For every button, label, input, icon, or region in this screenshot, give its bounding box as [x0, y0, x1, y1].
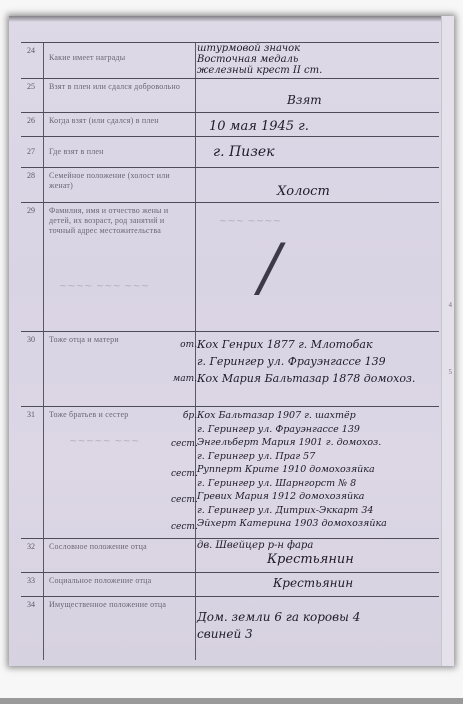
answer-line: г. Герингер ул. Праг 57	[197, 450, 439, 464]
row-question: Семейное положение (холост или женат)	[49, 171, 191, 191]
row-question: Какие имеет награды	[49, 53, 191, 63]
row-question: Где взят в плен	[49, 147, 191, 157]
row-question: Фамилия, имя и отчество жены и детей, их…	[49, 206, 191, 236]
handwritten-dash-mark: /	[259, 231, 281, 305]
form-row-26: 26 Когда взят (или сдался) в плен 10 мая…	[21, 112, 439, 138]
relation-prefix: бр.	[171, 411, 197, 421]
row-question: Социальное положение отца	[49, 576, 191, 586]
relation-prefix: сест.	[171, 495, 197, 505]
answer-line: свиней 3	[197, 626, 439, 643]
row-answer: штурмовой значок Восточная медаль железн…	[197, 43, 439, 76]
form-row-29: 29 Фамилия, имя и отчество жены и детей,…	[21, 202, 439, 331]
answer-line: Кох Бальтазар 1907 г. шахтёр	[197, 409, 439, 423]
answer-line: г. Герингер ул. Фрауэнгассе 139	[197, 423, 439, 437]
row-number: 34	[21, 600, 41, 609]
relation-prefix: сест.	[171, 469, 197, 479]
row-answer: дв. Швейцер р-н фара Крестьянин	[197, 539, 439, 567]
row-question: Сословное положение отца	[49, 542, 191, 552]
answer-line: Восточная медаль	[197, 54, 439, 65]
margin-number: 5	[449, 368, 453, 376]
form-row-27: 27 Где взят в плен г. Пизек	[21, 136, 439, 169]
bottom-border	[0, 698, 463, 704]
form-row-33: 33 Социальное положение отца Крестьянин	[21, 572, 439, 595]
document-page: ~~~~ ~~~ ~~~ ~~~ ~~~~ ~~~~~ ~~~ 24 Какие…	[9, 16, 454, 666]
answer-line: Гревих Мария 1912 домохозяйка	[197, 490, 439, 504]
page-edge-strip	[441, 16, 454, 666]
row-question: Когда взят (или сдался) в плен	[49, 116, 191, 126]
answer-line: железный крест II ст.	[197, 65, 439, 76]
row-answer: Дом. земли 6 га коровы 4 свиней 3	[197, 609, 439, 643]
answer-line: Рупперт Крите 1910 домохозяйка	[197, 463, 439, 477]
form-row-32: 32 Сословное положение отца дв. Швейцер …	[21, 538, 439, 573]
image-frame: ~~~~ ~~~ ~~~ ~~~ ~~~~ ~~~~~ ~~~ 24 Какие…	[0, 0, 463, 704]
answer-line: Эйхерт Катерина 1903 домохозяйка	[197, 517, 439, 531]
row-answer: Крестьянин	[197, 576, 454, 591]
row-number: 32	[21, 542, 41, 551]
answer-line: дв. Швейцер р-н фара	[197, 539, 439, 553]
form-row-31: 31 Тоже братьев и сестер бр. сест. сест.…	[21, 406, 439, 535]
row-number: 24	[21, 46, 41, 55]
row-answer: Взят	[197, 93, 454, 108]
relation-prefix: сест.	[171, 439, 197, 449]
row-answer: г. Пизек	[197, 145, 454, 160]
answer-line: Крестьянин	[197, 553, 439, 567]
form-row-28: 28 Семейное положение (холост или женат)…	[21, 167, 439, 202]
relation-prefix: сест.	[171, 522, 197, 532]
answer-line: Кох Генрих 1877 г. Млотобак	[197, 336, 439, 353]
row-number: 27	[21, 147, 41, 156]
answer-line: г. Герингер ул. Дитрих-Эккарт 34	[197, 504, 439, 518]
relation-prefix: от.	[171, 340, 197, 350]
row-question: Имущественное положение отца	[49, 600, 191, 610]
row-number: 31	[21, 410, 41, 419]
answer-line: г. Герингер ул. Фрауэнгассе 139	[197, 353, 439, 370]
answer-line: Кох Мария Бальтазар 1878 домохоз.	[197, 370, 439, 387]
row-answer: Кох Генрих 1877 г. Млотобак г. Герингер …	[197, 336, 439, 387]
row-number: 29	[21, 206, 41, 215]
form-row-25: 25 Взят в плен или сдался добровольно Вз…	[21, 78, 439, 113]
row-question: Взят в плен или сдался добровольно	[49, 82, 191, 92]
form-row-30: 30 Тоже отца и матери от. мат. Кох Генри…	[21, 331, 439, 404]
form-row-24: 24 Какие имеет награды штурмовой значок …	[21, 42, 439, 76]
answer-line: штурмовой значок	[197, 43, 439, 54]
row-answer: Холост	[197, 184, 454, 199]
row-number: 26	[21, 116, 41, 125]
answer-line: Энгельберт Мария 1901 г. домохоз.	[197, 436, 439, 450]
row-number: 28	[21, 171, 41, 180]
answer-line: г. Герингер ул. Шарнгорст № 8	[197, 477, 439, 491]
row-answer: Кох Бальтазар 1907 г. шахтёр г. Герингер…	[197, 409, 439, 531]
answer-line: Дом. земли 6 га коровы 4	[197, 609, 439, 626]
relation-prefix: мат.	[171, 374, 197, 384]
row-question: Тоже отца и матери	[49, 335, 191, 345]
row-question: Тоже братьев и сестер	[49, 410, 191, 420]
row-number: 30	[21, 335, 41, 344]
form-row-34: 34 Имущественное положение отца Дом. зем…	[21, 596, 439, 666]
margin-number: 4	[449, 301, 453, 309]
row-number: 25	[21, 82, 41, 91]
row-answer: 10 мая 1945 г.	[197, 119, 451, 134]
row-number: 33	[21, 576, 41, 585]
